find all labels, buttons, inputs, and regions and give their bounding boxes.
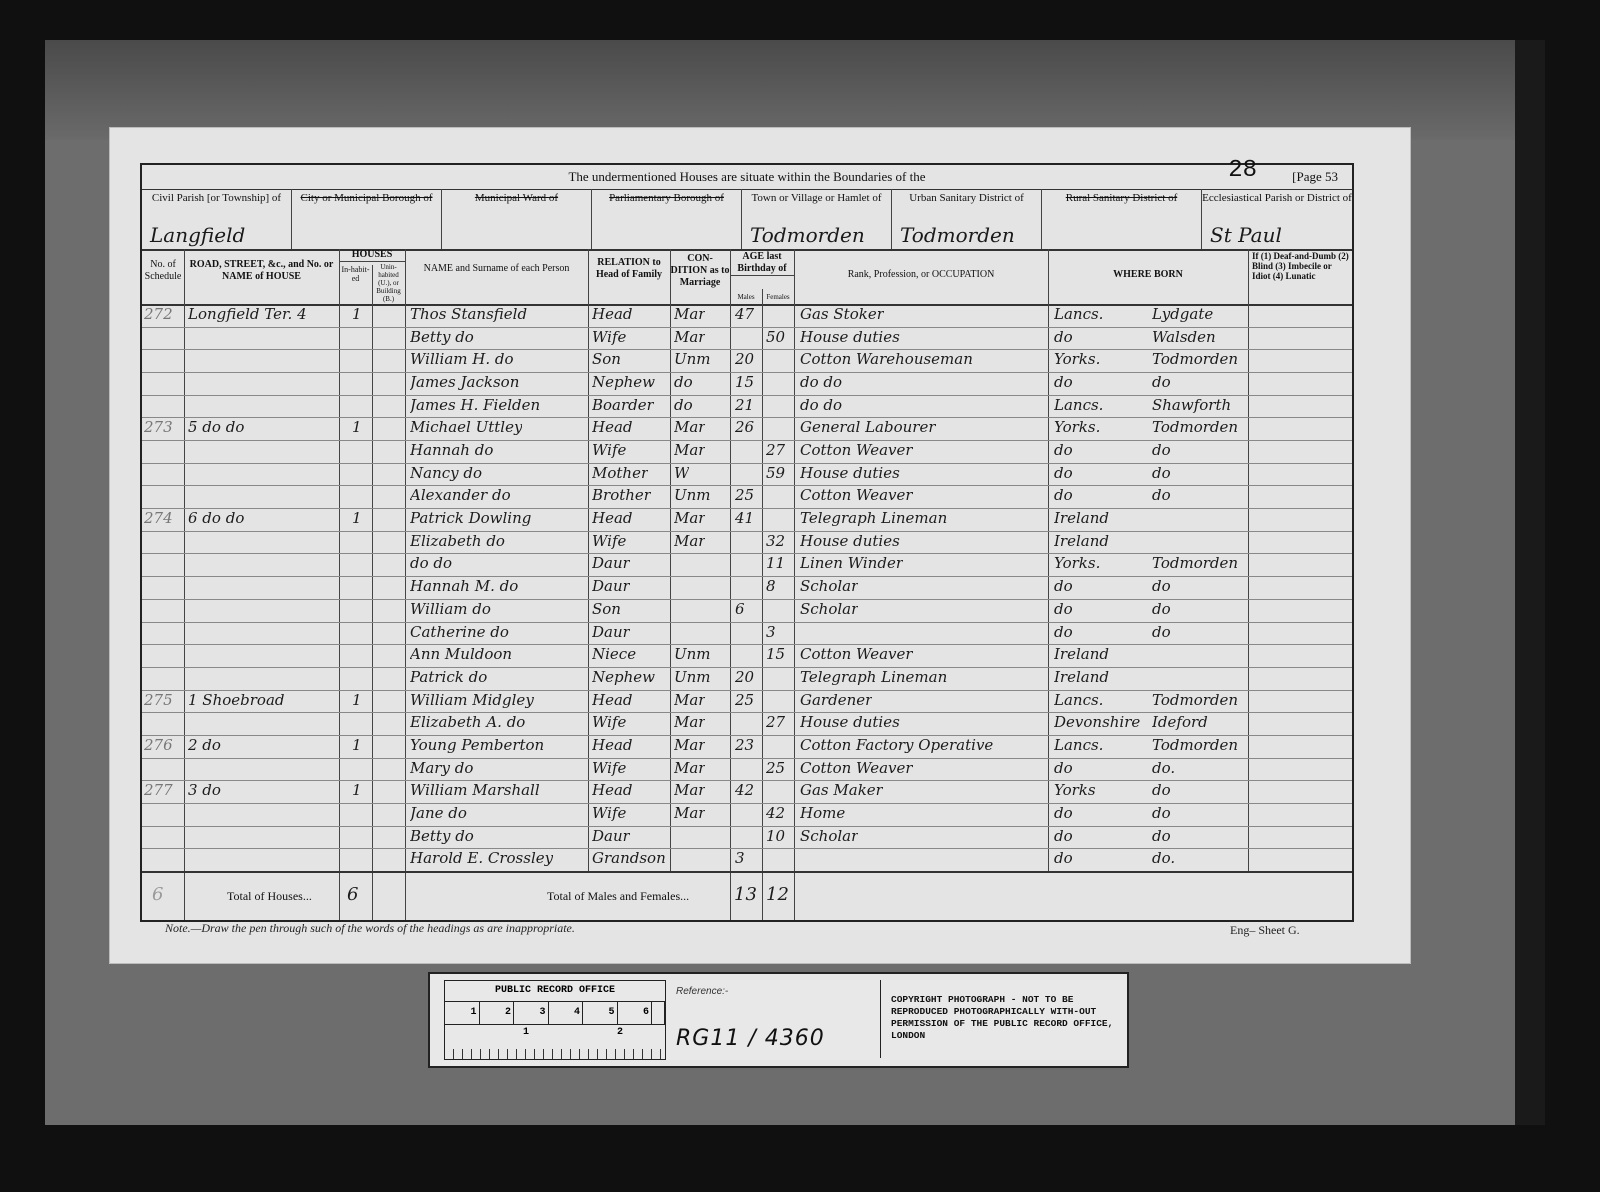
relation: Head	[592, 305, 633, 323]
census-row: Catherine doDaur3dodo	[142, 622, 1352, 646]
census-row: James H. FieldenBoarderdo21do doLancs.Sh…	[142, 395, 1352, 419]
district-label: Municipal Ward of	[442, 192, 591, 204]
person-name: Betty do	[410, 827, 474, 845]
male-age: 25	[735, 691, 754, 709]
schedule-number: 277	[144, 781, 173, 799]
occupation: Gardener	[800, 691, 872, 709]
occupation: Cotton Weaver	[800, 441, 913, 459]
occupation: Scholar	[800, 827, 858, 845]
birth-place: Ideford	[1152, 713, 1208, 731]
census-row: 2773 do1William MarshallHeadMar42Gas Mak…	[142, 780, 1352, 804]
ruler-mark: 2	[617, 1027, 623, 1038]
person-name: Mary do	[410, 759, 473, 777]
schedule-number: 275	[144, 691, 173, 709]
person-name: Catherine do	[410, 623, 509, 641]
relation: Wife	[592, 713, 626, 731]
birth-county: Ireland	[1054, 532, 1109, 550]
male-age: 21	[735, 396, 754, 414]
district-field: Ecclesiastical Parish or District ofSt P…	[1202, 189, 1352, 249]
male-age: 42	[735, 781, 754, 799]
female-age: 25	[766, 759, 785, 777]
road-address: Longfield Ter. 4	[188, 305, 307, 323]
male-age: 47	[735, 305, 754, 323]
road-address: 1 Shoebroad	[188, 691, 285, 709]
relation: Wife	[592, 441, 626, 459]
birth-place: do.	[1152, 759, 1175, 777]
female-age: 59	[766, 464, 785, 482]
male-age: 26	[735, 418, 754, 436]
column-header-row: No. of Schedule ROAD, STREET, &c., and N…	[142, 249, 1352, 306]
person-name: Alexander do	[410, 486, 511, 504]
census-row: 2746 do do1Patrick DowlingHeadMar41Teleg…	[142, 508, 1352, 532]
district-label: Urban Sanitary District of	[892, 192, 1041, 204]
col-houses-header: HOUSES	[339, 249, 405, 262]
birth-county: Ireland	[1054, 645, 1109, 663]
relation: Mother	[592, 464, 648, 482]
birth-county: Yorks.	[1054, 350, 1100, 368]
road-address: 6 do do	[188, 509, 244, 527]
totals-row: 6 Total of Houses... 6 Total of Males an…	[142, 871, 1352, 922]
person-name: Young Pemberton	[410, 736, 544, 754]
marital-condition: Mar	[674, 713, 705, 731]
birth-county: do	[1054, 577, 1073, 595]
male-age: 15	[735, 373, 754, 391]
relation: Nephew	[592, 668, 655, 686]
birth-county: do	[1054, 623, 1073, 641]
census-page: The undermentioned Houses are situate wi…	[110, 128, 1410, 963]
scale-digit: 6	[618, 1002, 653, 1024]
census-row: Patrick doNephewUnm20Telegraph LinemanIr…	[142, 667, 1352, 691]
inhabited-count: 1	[352, 781, 362, 799]
relation: Nephew	[592, 373, 655, 391]
occupation: House duties	[800, 713, 900, 731]
female-age: 32	[766, 532, 785, 550]
relation: Daur	[592, 623, 630, 641]
birth-place: Lydgate	[1152, 305, 1213, 323]
birth-county: do	[1054, 804, 1073, 822]
relation: Head	[592, 691, 633, 709]
birth-place: do	[1152, 441, 1171, 459]
relation: Head	[592, 781, 633, 799]
census-row: William H. doSonUnm20Cotton Warehouseman…	[142, 349, 1352, 373]
census-row: Ann MuldoonNieceUnm15Cotton WeaverIrelan…	[142, 644, 1352, 668]
relation: Niece	[592, 645, 636, 663]
relation: Wife	[592, 759, 626, 777]
ruler-mark: 1	[523, 1027, 529, 1038]
occupation: Cotton Weaver	[800, 486, 913, 504]
relation: Head	[592, 509, 633, 527]
inhabited-count: 1	[352, 305, 362, 323]
census-row: 2751 Shoebroad1William MidgleyHeadMar25G…	[142, 690, 1352, 714]
scale-digit: 2	[480, 1002, 515, 1024]
birth-county: Lancs.	[1054, 736, 1103, 754]
reference-value: RG11 / 4360	[676, 1026, 825, 1051]
relation: Boarder	[592, 396, 654, 414]
marital-condition: Unm	[674, 668, 711, 686]
persons-total-label: Total of Males and Females...	[547, 889, 689, 904]
person-name: Elizabeth A. do	[410, 713, 525, 731]
person-name: Hannah do	[410, 441, 493, 459]
person-name: Thos Stansfield	[410, 305, 527, 323]
houses-total-value: 6	[347, 884, 358, 905]
relation: Grandson	[592, 849, 666, 867]
marital-condition: do	[674, 373, 693, 391]
occupation: General Labourer	[800, 418, 936, 436]
occupation: Scholar	[800, 600, 858, 618]
district-field: Parliamentary Borough of	[592, 189, 742, 249]
person-name: Harold E. Crossley	[410, 849, 553, 867]
marital-condition: Mar	[674, 509, 705, 527]
person-name: Betty do	[410, 328, 474, 346]
district-value: Todmorden	[900, 223, 1015, 247]
district-label: Town or Village or Hamlet of	[742, 192, 891, 204]
birth-county: do	[1054, 600, 1073, 618]
district-field: Municipal Ward of	[442, 189, 592, 249]
scale-digit: 1	[445, 1002, 480, 1024]
census-entries: 272Longfield Ter. 41Thos StansfieldHeadM…	[142, 304, 1352, 871]
person-name: James Jackson	[410, 373, 519, 391]
birth-county: Lancs.	[1054, 691, 1103, 709]
occupation: Telegraph Lineman	[800, 668, 947, 686]
scale-digit: 4	[549, 1002, 584, 1024]
birth-place: do	[1152, 486, 1171, 504]
male-age: 6	[735, 600, 745, 618]
occupation: House duties	[800, 532, 900, 550]
birth-county: do	[1054, 328, 1073, 346]
relation: Wife	[592, 804, 626, 822]
col-age-header: AGE last Birthday of	[730, 251, 794, 276]
col-females-header: Females	[762, 291, 794, 303]
form-heading: The undermentioned Houses are situate wi…	[142, 165, 1352, 190]
census-row: Elizabeth A. doWifeMar27House dutiesDevo…	[142, 712, 1352, 736]
digit-scale: 123456	[445, 1002, 665, 1025]
birth-place: Todmorden	[1152, 691, 1238, 709]
marital-condition: Mar	[674, 441, 705, 459]
inhabited-count: 1	[352, 418, 362, 436]
person-name: Michael Uttley	[410, 418, 522, 436]
col-name-header: NAME and Surname of each Person	[405, 263, 588, 275]
relation: Brother	[592, 486, 651, 504]
page-label: [Page 53	[1292, 169, 1338, 185]
census-row: Hannah doWifeMar27Cotton Weaverdodo	[142, 440, 1352, 464]
birth-county: do	[1054, 373, 1073, 391]
district-header-row: Civil Parish [or Township] ofLangfieldCi…	[142, 189, 1352, 251]
person-name: Jane do	[410, 804, 467, 822]
birth-county: Lancs.	[1054, 396, 1103, 414]
occupation: Home	[800, 804, 845, 822]
sheet-number: 28	[1228, 157, 1257, 184]
district-label: Ecclesiastical Parish or District of	[1202, 192, 1352, 204]
occupation: Telegraph Lineman	[800, 509, 947, 527]
marital-condition: W	[674, 464, 689, 482]
district-label: Civil Parish [or Township] of	[142, 192, 291, 204]
birth-place: do	[1152, 827, 1171, 845]
males-total-value: 13	[734, 884, 757, 905]
archive-label: PUBLIC RECORD OFFICE 123456 1 2 Referenc…	[428, 972, 1129, 1068]
schedule-number: 274	[144, 509, 173, 527]
col-occupation-header: Rank, Profession, or OCCUPATION	[794, 269, 1048, 281]
relation: Head	[592, 736, 633, 754]
marital-condition: Unm	[674, 486, 711, 504]
census-row: 2762 do1Young PembertonHeadMar23Cotton F…	[142, 735, 1352, 759]
birth-place: do	[1152, 373, 1171, 391]
census-row: 272Longfield Ter. 41Thos StansfieldHeadM…	[142, 304, 1352, 328]
census-row: Nancy doMotherW59House dutiesdodo	[142, 463, 1352, 487]
occupation: Cotton Weaver	[800, 759, 913, 777]
occupation: Cotton Warehouseman	[800, 350, 973, 368]
col-inhabited-header: In-habit-ed	[339, 265, 372, 283]
females-total-value: 12	[766, 884, 789, 905]
district-label: City or Municipal Borough of	[292, 192, 441, 204]
scale-end	[652, 1002, 665, 1024]
birth-county: Yorks.	[1054, 554, 1100, 572]
birth-county: Ireland	[1054, 509, 1109, 527]
mount-shadow	[45, 40, 1545, 140]
record-office-title: PUBLIC RECORD OFFICE	[445, 981, 665, 1002]
road-address: 2 do	[188, 736, 221, 754]
census-row: do doDaur11Linen WinderYorks.Todmorden	[142, 553, 1352, 577]
relation: Daur	[592, 554, 630, 572]
form-note: Note.—Draw the pen through such of the w…	[165, 921, 575, 936]
birth-county: Yorks.	[1054, 418, 1100, 436]
census-row: Betty doDaur10Scholardodo	[142, 826, 1352, 850]
reference-label: Reference:-	[676, 986, 728, 997]
person-name: Patrick do	[410, 668, 487, 686]
female-age: 10	[766, 827, 785, 845]
male-age: 23	[735, 736, 754, 754]
occupation: Linen Winder	[800, 554, 903, 572]
birth-place: do	[1152, 781, 1171, 799]
occupation: do do	[800, 373, 842, 391]
person-name: William H. do	[410, 350, 514, 368]
birth-place: Todmorden	[1152, 554, 1238, 572]
schedule-number: 276	[144, 736, 173, 754]
birth-county: do	[1054, 464, 1073, 482]
person-name: do do	[410, 554, 452, 572]
occupation: Cotton Weaver	[800, 645, 913, 663]
district-field: Urban Sanitary District ofTodmorden	[892, 189, 1042, 249]
person-name: William Marshall	[410, 781, 540, 799]
marital-condition: Mar	[674, 759, 705, 777]
census-row: Hannah M. doDaur8Scholardodo	[142, 576, 1352, 600]
census-row: James JacksonNephewdo15do dododo	[142, 372, 1352, 396]
birth-place: Todmorden	[1152, 418, 1238, 436]
marital-condition: Mar	[674, 305, 705, 323]
male-age: 20	[735, 668, 754, 686]
census-form: The undermentioned Houses are situate wi…	[140, 163, 1354, 922]
census-row: Harold E. CrossleyGrandson3dodo.	[142, 848, 1352, 872]
female-age: 11	[766, 554, 785, 572]
birth-county: do	[1054, 759, 1073, 777]
male-age: 20	[735, 350, 754, 368]
record-office-box: PUBLIC RECORD OFFICE 123456 1 2	[444, 980, 666, 1060]
inhabited-count: 1	[352, 736, 362, 754]
occupation: House duties	[800, 464, 900, 482]
female-age: 15	[766, 645, 785, 663]
district-label: Parliamentary Borough of	[592, 192, 741, 204]
col-infirmity-header: If (1) Deaf-and-Dumb (2) Blind (3) Imbec…	[1248, 251, 1352, 281]
census-row: Mary doWifeMar25Cotton Weaverdodo.	[142, 758, 1352, 782]
occupation: do do	[800, 396, 842, 414]
female-age: 8	[766, 577, 776, 595]
birth-county: do	[1054, 849, 1073, 867]
census-row: 2735 do do1Michael UttleyHeadMar26Genera…	[142, 417, 1352, 441]
occupation: Scholar	[800, 577, 858, 595]
birth-place: do	[1152, 804, 1171, 822]
relation: Wife	[592, 328, 626, 346]
mount-edge	[1515, 40, 1545, 1125]
person-name: Hannah M. do	[410, 577, 518, 595]
marital-condition: Unm	[674, 645, 711, 663]
marital-condition: Mar	[674, 418, 705, 436]
sheet-code: Eng– Sheet G.	[1230, 923, 1300, 938]
district-value: Todmorden	[750, 223, 865, 247]
census-row: Betty doWifeMar50House dutiesdoWalsden	[142, 327, 1352, 351]
female-age: 27	[766, 441, 785, 459]
female-age: 3	[766, 623, 776, 641]
col-where-born-header: WHERE BORN	[1048, 269, 1248, 281]
relation: Son	[592, 350, 621, 368]
birth-county: do	[1054, 486, 1073, 504]
houses-total-label: Total of Houses...	[227, 889, 312, 904]
district-value: Langfield	[150, 223, 245, 247]
district-field: Town or Village or Hamlet ofTodmorden	[742, 189, 892, 249]
marital-condition: do	[674, 396, 693, 414]
birth-place: Todmorden	[1152, 736, 1238, 754]
district-value: St Paul	[1210, 223, 1282, 247]
birth-county: Ireland	[1054, 668, 1109, 686]
road-address: 3 do	[188, 781, 221, 799]
person-name: Ann Muldoon	[410, 645, 512, 663]
person-name: Elizabeth do	[410, 532, 505, 550]
inhabited-count: 1	[352, 509, 362, 527]
female-age: 27	[766, 713, 785, 731]
district-field: Rural Sanitary District of	[1042, 189, 1202, 249]
relation: Wife	[592, 532, 626, 550]
scale-digit: 3	[514, 1002, 549, 1024]
birth-place: do	[1152, 600, 1171, 618]
male-age: 41	[735, 509, 754, 527]
birth-county: Devonshire	[1054, 713, 1140, 731]
census-row: Alexander doBrotherUnm25Cotton Weaverdod…	[142, 485, 1352, 509]
person-name: James H. Fielden	[410, 396, 540, 414]
schedule-number: 272	[144, 305, 173, 323]
district-label: Rural Sanitary District of	[1042, 192, 1201, 204]
birth-county: Lancs.	[1054, 305, 1103, 323]
birth-place: do	[1152, 623, 1171, 641]
marital-condition: Mar	[674, 781, 705, 799]
marital-condition: Mar	[674, 804, 705, 822]
birth-place: do	[1152, 464, 1171, 482]
occupation: Gas Maker	[800, 781, 883, 799]
birth-place: do.	[1152, 849, 1175, 867]
male-age: 3	[735, 849, 745, 867]
col-condition-header: CON-DITION as to Marriage	[670, 253, 730, 289]
col-schedule-header: No. of Schedule	[142, 259, 184, 283]
person-name: William Midgley	[410, 691, 534, 709]
marital-condition: Mar	[674, 532, 705, 550]
occupation: Gas Stoker	[800, 305, 884, 323]
col-males-header: Males	[730, 291, 762, 303]
female-age: 42	[766, 804, 785, 822]
person-name: William do	[410, 600, 491, 618]
col-relation-header: RELATION to Head of Family	[588, 257, 670, 281]
marital-condition: Mar	[674, 691, 705, 709]
birth-county: do	[1054, 441, 1073, 459]
relation: Daur	[592, 827, 630, 845]
female-age: 50	[766, 328, 785, 346]
district-field: City or Municipal Borough of	[292, 189, 442, 249]
col-uninhabited-header: Unin-habited (U.), or Building (B.)	[372, 263, 405, 303]
inhabited-count: 1	[352, 691, 362, 709]
occupation: Cotton Factory Operative	[800, 736, 993, 754]
birth-place: Walsden	[1152, 328, 1216, 346]
census-row: Jane doWifeMar42Homedodo	[142, 803, 1352, 827]
marital-condition: Mar	[674, 736, 705, 754]
birth-place: do	[1152, 577, 1171, 595]
relation: Head	[592, 418, 633, 436]
schedule-number: 273	[144, 418, 173, 436]
scale-digit: 5	[583, 1002, 618, 1024]
birth-place: Todmorden	[1152, 350, 1238, 368]
male-age: 25	[735, 486, 754, 504]
district-field: Civil Parish [or Township] ofLangfield	[142, 189, 292, 249]
person-name: Nancy do	[410, 464, 482, 482]
census-row: Elizabeth doWifeMar32House dutiesIreland	[142, 531, 1352, 555]
relation: Daur	[592, 577, 630, 595]
uninhabited-total-mark: 6	[152, 884, 163, 905]
road-address: 5 do do	[188, 418, 244, 436]
birth-place: Shawforth	[1152, 396, 1231, 414]
person-name: Patrick Dowling	[410, 509, 531, 527]
birth-county: Yorks	[1054, 781, 1096, 799]
birth-county: do	[1054, 827, 1073, 845]
marital-condition: Mar	[674, 328, 705, 346]
ruler-scale: 1 2	[445, 1025, 665, 1059]
occupation: House duties	[800, 328, 900, 346]
census-row: William doSon6Scholardodo	[142, 599, 1352, 623]
relation: Son	[592, 600, 621, 618]
copyright-notice: COPYRIGHT PHOTOGRAPH - NOT TO BE REPRODU…	[880, 980, 1120, 1058]
marital-condition: Unm	[674, 350, 711, 368]
col-road-header: ROAD, STREET, &c., and No. or NAME of HO…	[184, 259, 339, 283]
